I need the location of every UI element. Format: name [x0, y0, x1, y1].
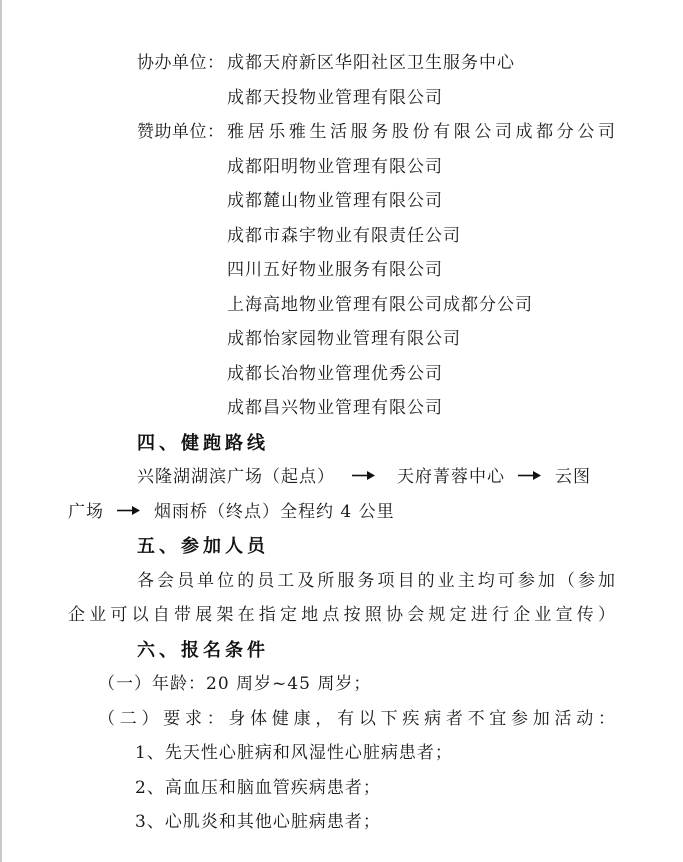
disease-item: 1、先天性心脏病和风湿性心脏病患者； — [135, 736, 616, 771]
sponsor-item: 成都长冶物业管理优秀公司 — [227, 357, 616, 392]
route-line-1: 兴隆湖湖滨广场（起点）天府菁蓉中心云图 — [137, 460, 616, 495]
section-heading-route: 四、健跑路线 — [137, 426, 616, 461]
sponsor-item: 上海高地物业管理有限公司成都分公司 — [227, 288, 616, 323]
participants-line: 各会员单位的员工及所服务项目的业主均可参加（参加 — [137, 564, 616, 599]
section-heading-participants: 五、参加人员 — [137, 529, 616, 564]
sponsor-label: 赞助单位： — [137, 115, 227, 150]
sponsor-items: 雅居乐雅生活服务股份有限公司成都分公司 成都阳明物业管理有限公司 成都麓山物业管… — [227, 115, 616, 426]
co-organizer-label: 协办单位： — [137, 46, 227, 81]
sponsor-item: 成都麓山物业管理有限公司 — [227, 184, 616, 219]
page-left-edge-line — [0, 0, 2, 862]
sponsor-item: 四川五好物业服务有限公司 — [227, 253, 616, 288]
route-segment: 兴隆湖湖滨广场（起点） — [137, 467, 335, 487]
arrow-right-icon — [352, 470, 376, 481]
participants-line: 企业可以自带展架在指定地点按照协会规定进行企业宣传） — [68, 598, 616, 633]
route-segment: 烟雨桥（终点）全程约 4 公里 — [154, 502, 395, 522]
section-heading-conditions: 六、报名条件 — [137, 633, 616, 668]
route-segment: 云图 — [555, 467, 591, 487]
co-organizer-block: 协办单位： 成都天府新区华阳社区卫生服务中心 成都天投物业管理有限公司 — [137, 46, 616, 115]
document-content: 协办单位： 成都天府新区华阳社区卫生服务中心 成都天投物业管理有限公司 赞助单位… — [68, 0, 616, 840]
sponsor-item: 成都昌兴物业管理有限公司 — [227, 391, 616, 426]
co-organizer-item: 成都天投物业管理有限公司 — [227, 81, 616, 116]
route-segment: 天府菁蓉中心 — [397, 467, 505, 487]
co-organizer-items: 成都天府新区华阳社区卫生服务中心 成都天投物业管理有限公司 — [227, 46, 616, 115]
disease-item: 3、心肌炎和其他心脏病患者； — [135, 805, 616, 840]
sponsor-item: 成都阳明物业管理有限公司 — [227, 150, 616, 185]
sponsor-item: 成都市森宇物业有限责任公司 — [227, 219, 616, 254]
sponsor-item: 雅居乐雅生活服务股份有限公司成都分公司 — [227, 115, 616, 150]
sponsor-block: 赞助单位： 雅居乐雅生活服务股份有限公司成都分公司 成都阳明物业管理有限公司 成… — [137, 115, 616, 426]
sponsor-item: 成都怡家园物业管理有限公司 — [227, 322, 616, 357]
condition-age-line: （一）年龄：20 周岁~45 周岁； — [98, 667, 616, 702]
document-page: 协办单位： 成都天府新区华阳社区卫生服务中心 成都天投物业管理有限公司 赞助单位… — [0, 0, 683, 862]
co-organizer-item: 成都天府新区华阳社区卫生服务中心 — [227, 46, 616, 81]
route-segment: 广场 — [68, 502, 104, 522]
disease-item: 2、高血压和脑血管疾病患者； — [135, 771, 616, 806]
route-line-2: 广场烟雨桥（终点）全程约 4 公里 — [68, 495, 616, 530]
condition-requirement-line: （二）要求：身体健康，有以下疾病者不宜参加活动： — [98, 702, 616, 737]
arrow-right-icon — [518, 470, 542, 481]
arrow-right-icon — [117, 505, 141, 516]
